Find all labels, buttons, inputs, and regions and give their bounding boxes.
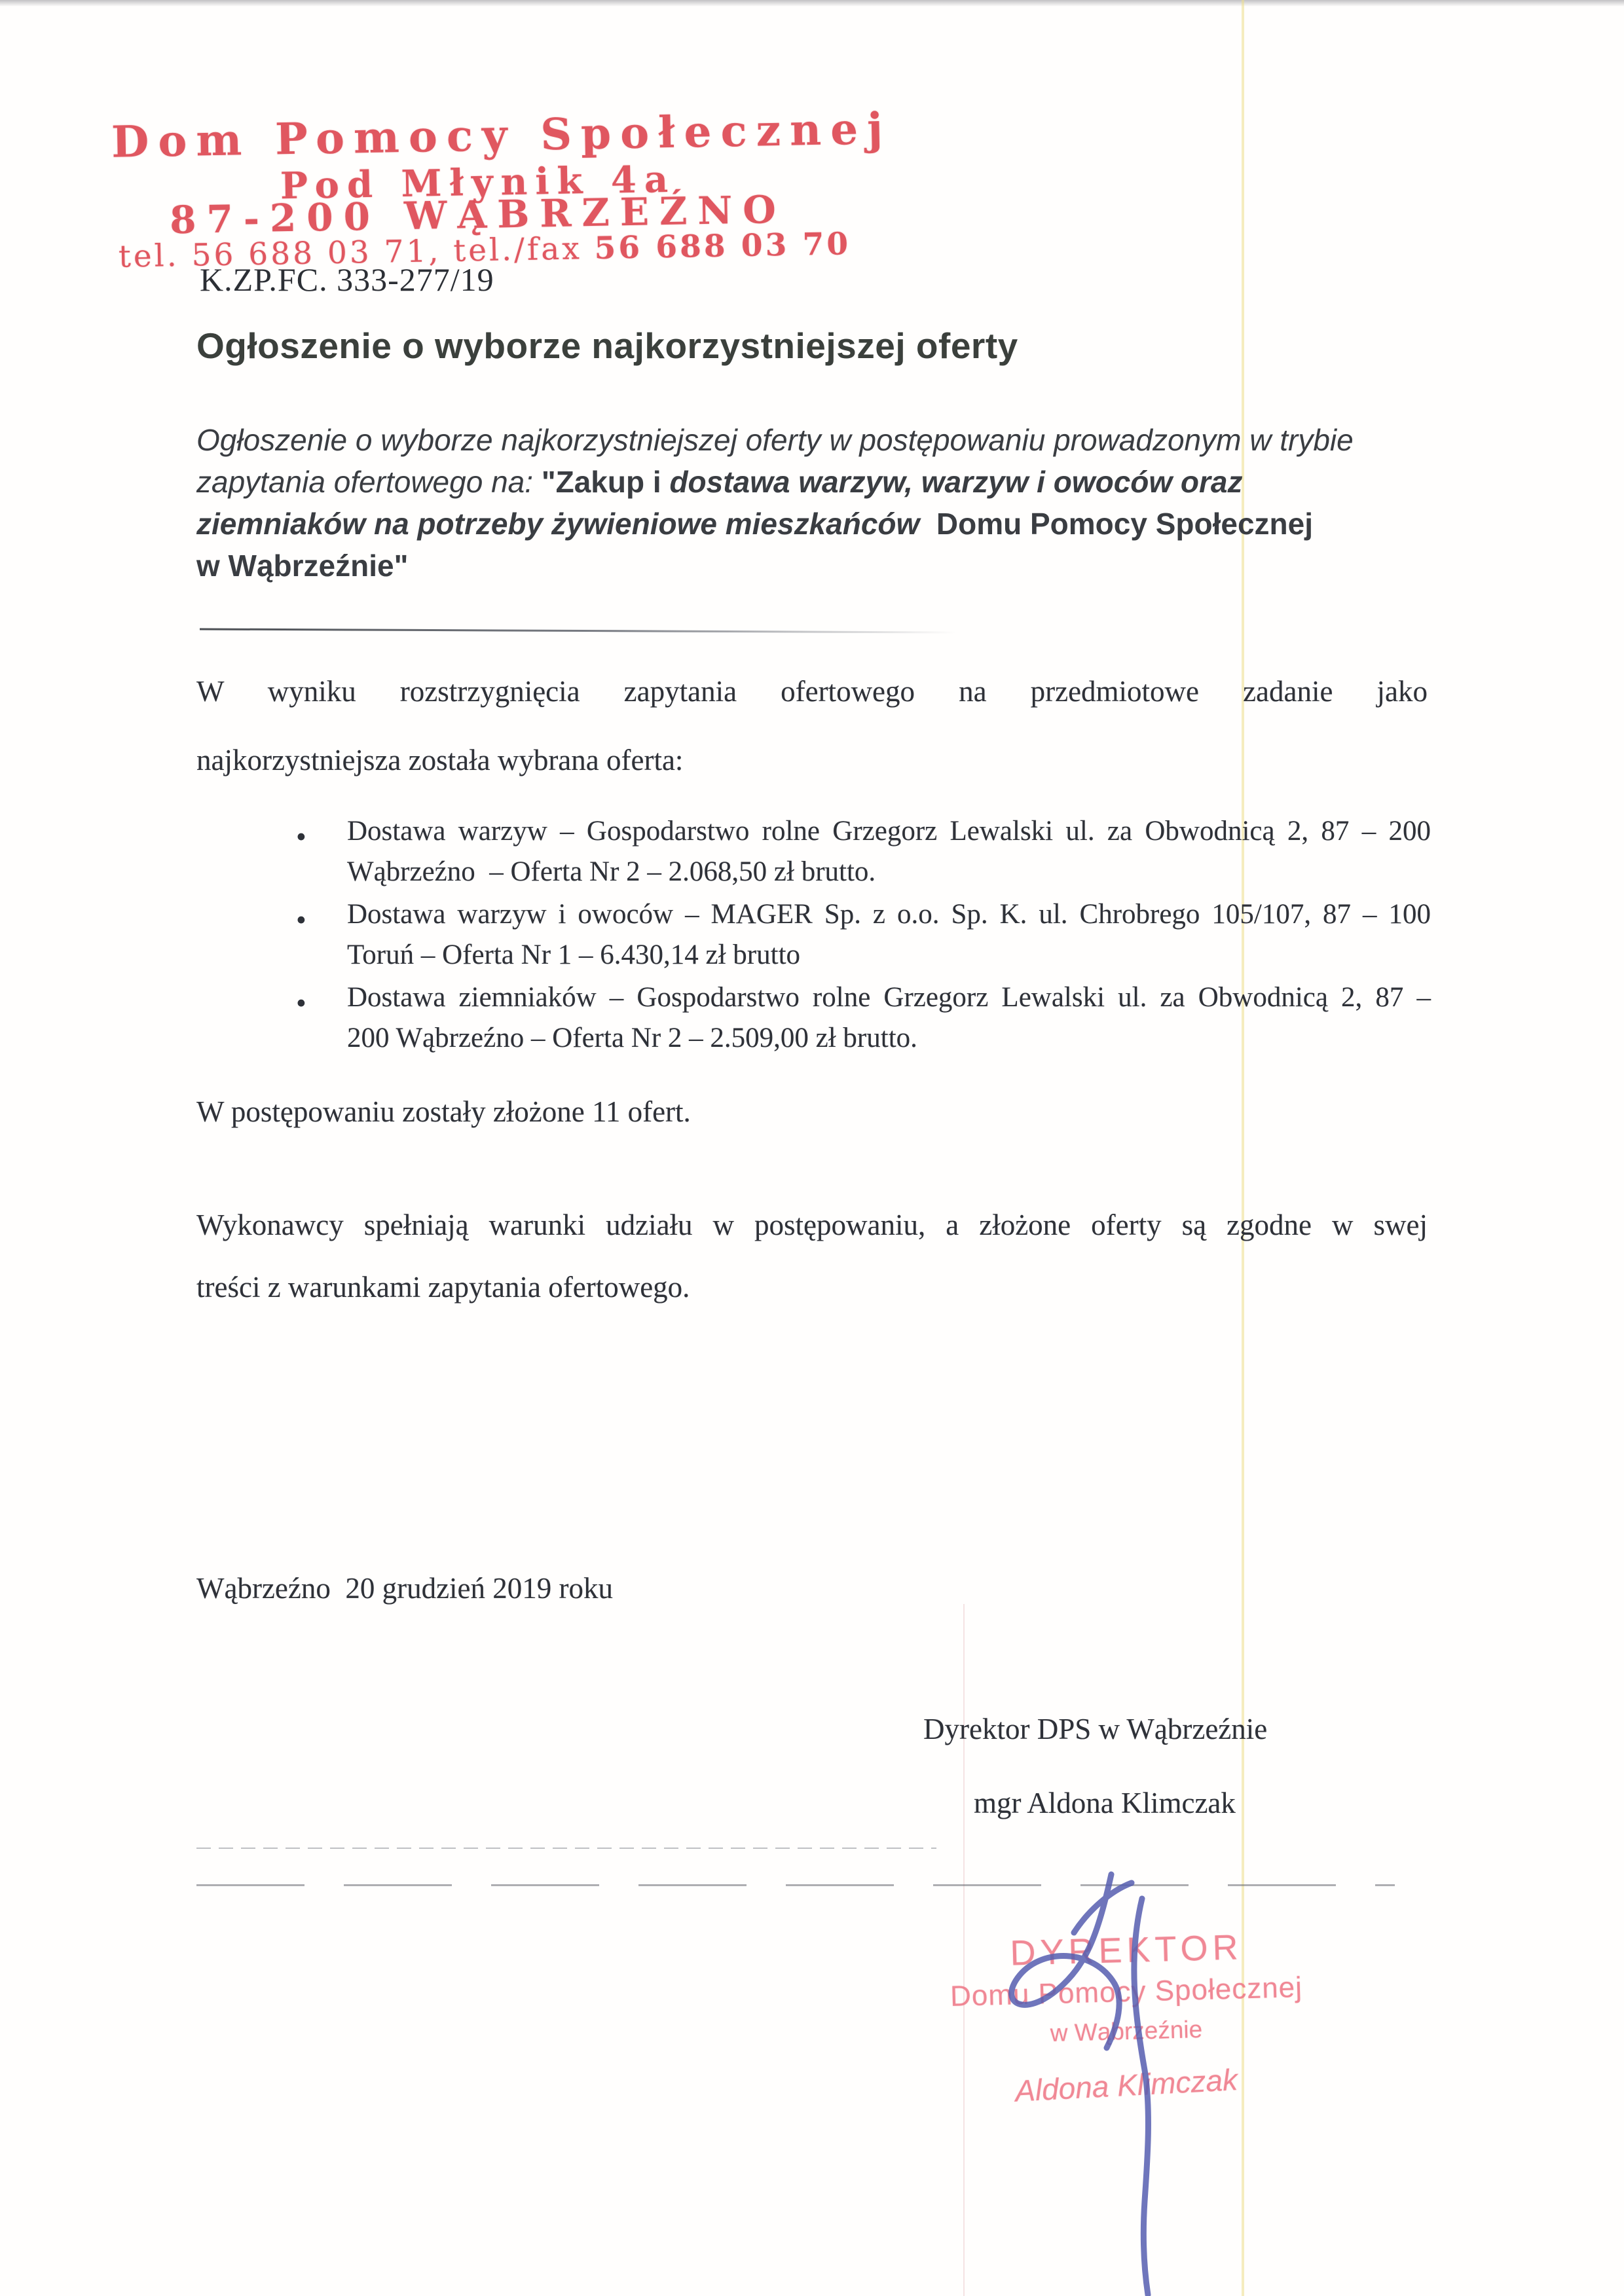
pen-signature xyxy=(0,0,1624,2296)
scanned-document-page: Dom Pomocy Społecznej Pod Młynik 4a 87-2… xyxy=(0,0,1624,2296)
